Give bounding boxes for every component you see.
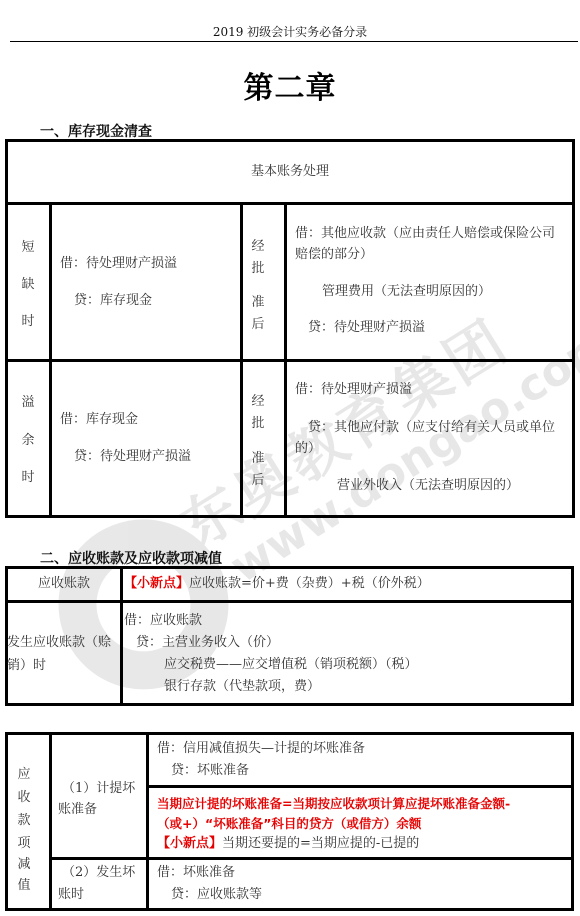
- entry-credit: 贷：库存现金: [74, 292, 152, 310]
- credit-sale-label: 销）时: [7, 657, 46, 675]
- after-approval-line: 贷：其他应付款（应支付给有关人员或单位: [308, 419, 555, 437]
- table-border: [240, 202, 243, 518]
- table-border: [572, 139, 575, 518]
- approval-char: 经: [250, 390, 266, 409]
- entry-line: 借：应收账款: [124, 612, 202, 630]
- approval-char: 经: [250, 235, 266, 254]
- table-border: [5, 515, 575, 518]
- table-border: [49, 857, 574, 860]
- credit-sale-label: 发生应收账款（赊: [7, 634, 111, 652]
- table-border: [5, 139, 8, 518]
- table-border: [5, 566, 574, 569]
- provision-formula: 当期应计提的坏账准备=当期按应收款项计算应提坏账准备金额-: [157, 795, 510, 813]
- table-border: [49, 202, 52, 518]
- table-border: [5, 600, 574, 603]
- table-border: [5, 732, 8, 911]
- entry-line: 应交税费——应交增值税（销项税额）（税）: [164, 656, 418, 674]
- table-border: [5, 139, 575, 142]
- receivable-formula: 应收账款=价+费（杂费）+税（价外税）: [189, 576, 430, 591]
- bad-debt-label: 账时: [58, 886, 84, 904]
- section2-heading: 二、应收账款及应收款项减值: [40, 548, 222, 568]
- row-label-char: 余: [20, 429, 36, 448]
- approval-char: 后: [250, 313, 266, 332]
- table-border: [284, 202, 287, 518]
- entry-line: 贷：主营业务收入（价）: [136, 634, 279, 652]
- table-border: [571, 566, 574, 706]
- side-label-char: 项: [16, 832, 32, 851]
- after-approval-line: 赔偿的部分）: [295, 246, 373, 264]
- entry-debit: 借：库存现金: [60, 411, 138, 429]
- row-label-char: 缺: [20, 273, 36, 292]
- entry-credit: 贷：坏账准备: [171, 762, 249, 780]
- side-label-char: 款: [16, 809, 32, 828]
- side-label-char: 值: [16, 874, 32, 893]
- after-approval-line: 贷：待处理财产损溢: [308, 319, 425, 337]
- row-label-char: 时: [20, 466, 36, 485]
- side-label-char: 应: [16, 763, 32, 782]
- receivable-label: 应收账款: [8, 575, 120, 593]
- table-border: [146, 732, 149, 911]
- entry-debit: 借：待处理财产损溢: [60, 255, 177, 273]
- page-header-title: 2019 初级会计实务必备分录: [0, 23, 580, 40]
- row-label-char: 时: [20, 310, 36, 329]
- header-divider: [10, 41, 578, 42]
- section1-heading: 一、库存现金清查: [40, 121, 152, 141]
- approval-char: 批: [250, 257, 266, 276]
- after-approval-line: 借：待处理财产损溢: [295, 381, 412, 399]
- chapter-title: 第二章: [0, 63, 580, 107]
- table-header-cell: 基本账务处理: [0, 163, 580, 181]
- table-border: [5, 359, 575, 362]
- entry-debit: 借：信用减值损失—计提的坏账准备: [157, 740, 365, 758]
- provision-note: 当期还要提的=当期应提的-已提的: [222, 836, 419, 851]
- after-approval-line: 的）: [295, 440, 321, 458]
- provision-label: （1）计提坏: [62, 780, 135, 798]
- new-point-tag: 【小新点】: [157, 836, 222, 851]
- table-border: [147, 785, 574, 788]
- approval-char: 后: [250, 469, 266, 488]
- row-label-char: 短: [20, 236, 36, 255]
- table-border: [5, 732, 574, 735]
- after-approval-line: 管理费用（无法查明原因的）: [322, 283, 491, 301]
- table-border: [120, 566, 123, 706]
- provision-formula: （或+）“坏账准备”科目的贷方（或借方）余额: [157, 815, 421, 833]
- entry-credit: 贷：待处理财产损溢: [74, 448, 191, 466]
- side-label-char: 收: [16, 786, 32, 805]
- side-label-char: 减: [16, 853, 32, 872]
- table-border: [49, 732, 52, 911]
- entry-debit: 借：坏账准备: [157, 864, 235, 882]
- table-border: [5, 202, 575, 205]
- new-point-tag: 【小新点】: [124, 576, 189, 591]
- after-approval-line: 借：其他应收款（应由责任人赔偿或保险公司: [295, 225, 555, 243]
- bad-debt-label: （2）发生坏: [62, 864, 135, 882]
- approval-char: 批: [250, 412, 266, 431]
- provision-label: 账准备: [58, 801, 97, 819]
- row-label-char: 溢: [20, 391, 36, 410]
- approval-char: 准: [250, 291, 266, 310]
- after-approval-line: 营业外收入（无法查明原因的）: [337, 477, 519, 495]
- approval-char: 准: [250, 447, 266, 466]
- entry-line: 银行存款（代垫款项，费）: [164, 678, 320, 696]
- table-border: [571, 732, 574, 911]
- table-border: [5, 908, 574, 911]
- entry-credit: 贷：应收账款等: [171, 886, 262, 904]
- table-border: [5, 703, 574, 706]
